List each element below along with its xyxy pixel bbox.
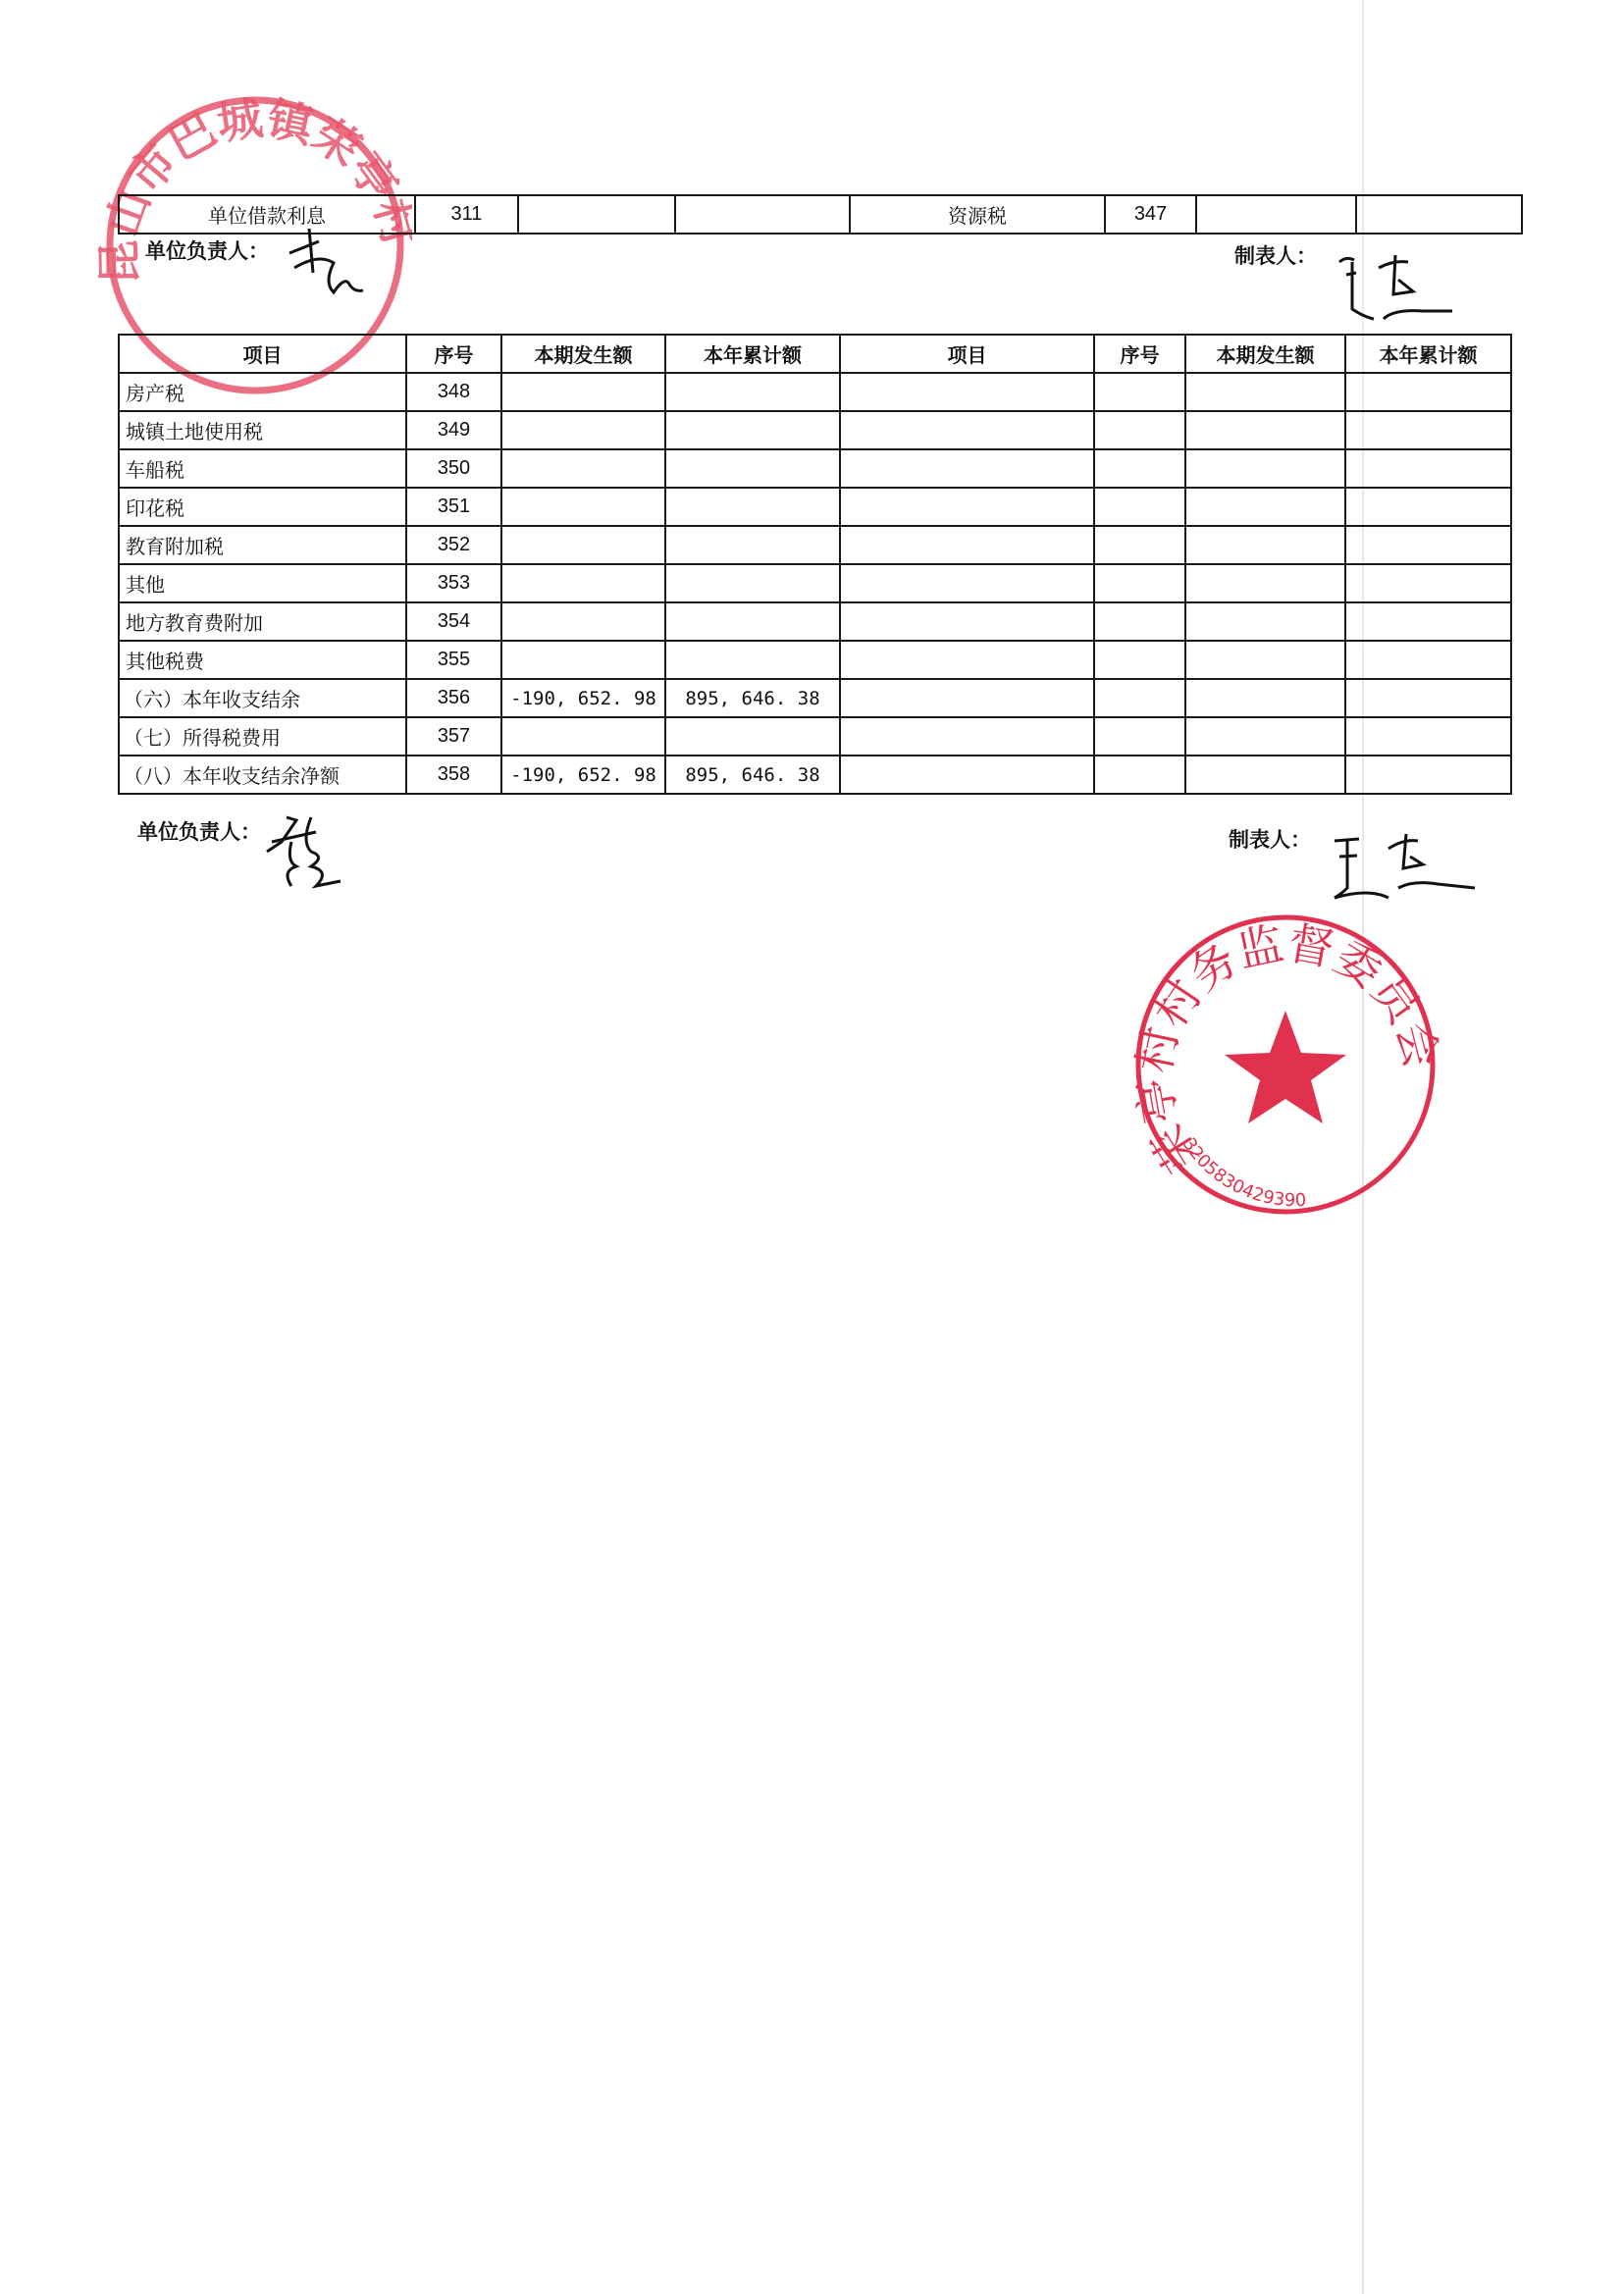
item-cell-right <box>840 564 1094 602</box>
item-cell: 资源税 <box>850 195 1105 234</box>
table-row: 其他税费355 <box>119 641 1511 679</box>
header-current-amount-right: 本期发生额 <box>1185 335 1345 373</box>
current-amount-cell-right <box>1185 717 1345 756</box>
current-amount-cell <box>501 564 665 602</box>
current-amount-cell-right <box>1185 602 1345 641</box>
responsible-signature-top <box>280 224 368 302</box>
header-current-amount: 本期发生额 <box>501 335 665 373</box>
current-amount-cell: -190, 652. 98 <box>501 679 665 717</box>
ytd-amount-cell <box>665 411 840 449</box>
seq-cell-right <box>1094 449 1185 488</box>
responsible-signature-bottom <box>257 812 355 901</box>
item-cell-right <box>840 641 1094 679</box>
svg-text:3205830429390: 3205830429390 <box>1179 1134 1307 1211</box>
responsible-label-top: 单位负责人： <box>145 235 269 265</box>
current-amount-cell-right <box>1185 411 1345 449</box>
item-cell: 车船税 <box>119 449 406 488</box>
seq-cell-right <box>1094 641 1185 679</box>
ytd-amount-cell <box>665 449 840 488</box>
current-amount-cell <box>501 449 665 488</box>
table-row: 城镇土地使用税349 <box>119 411 1511 449</box>
ytd-amount-cell-right <box>1345 526 1511 564</box>
ytd-amount-cell-right <box>1345 602 1511 641</box>
seq-cell: 350 <box>406 449 501 488</box>
tax-detail-table: 项目 序号 本期发生额 本年累计额 项目 序号 本期发生额 本年累计额 房产税3… <box>118 334 1512 795</box>
preparer-signature-top <box>1335 250 1472 329</box>
current-amount-cell-right <box>1185 488 1345 526</box>
ytd-amount-cell-right <box>1345 717 1511 756</box>
current-amount-cell <box>518 195 675 234</box>
ytd-amount-cell <box>675 195 850 234</box>
header-item-right: 项目 <box>840 335 1094 373</box>
current-amount-cell-right <box>1185 564 1345 602</box>
responsible-label-bottom: 单位负责人： <box>137 816 261 846</box>
item-cell-right <box>840 526 1094 564</box>
preparer-label-top: 制表人： <box>1234 240 1317 270</box>
seq-cell: 311 <box>415 195 518 234</box>
seq-cell-right <box>1094 488 1185 526</box>
table-row: 房产税348 <box>119 373 1511 411</box>
ytd-amount-cell-right <box>1345 488 1511 526</box>
item-cell-right <box>840 756 1094 794</box>
header-item: 项目 <box>119 335 406 373</box>
seq-cell-right <box>1094 756 1185 794</box>
ytd-amount-cell <box>665 564 840 602</box>
ytd-amount-cell-right <box>1345 756 1511 794</box>
seq-cell: 349 <box>406 411 501 449</box>
current-amount-cell <box>1196 195 1356 234</box>
seq-cell-right <box>1094 373 1185 411</box>
item-cell: 印花税 <box>119 488 406 526</box>
header-ytd-amount: 本年累计额 <box>665 335 840 373</box>
seq-cell: 355 <box>406 641 501 679</box>
table-row: （六）本年收支结余356-190, 652. 98895, 646. 38 <box>119 679 1511 717</box>
item-cell: 单位借款利息 <box>119 195 415 234</box>
current-amount-cell: -190, 652. 98 <box>501 756 665 794</box>
item-cell-right <box>840 717 1094 756</box>
village-supervision-committee-stamp: 荣亭村村务监督委员会 3205830429390 <box>1128 908 1442 1222</box>
current-amount-cell-right <box>1185 526 1345 564</box>
ytd-amount-cell: 895, 646. 38 <box>665 679 840 717</box>
ytd-amount-cell <box>1356 195 1522 234</box>
seq-cell: 352 <box>406 526 501 564</box>
ytd-amount-cell: 895, 646. 38 <box>665 756 840 794</box>
current-amount-cell <box>501 641 665 679</box>
current-amount-cell <box>501 373 665 411</box>
item-cell: 其他税费 <box>119 641 406 679</box>
preparer-signature-bottom <box>1330 829 1487 908</box>
current-amount-cell <box>501 717 665 756</box>
item-cell-right <box>840 411 1094 449</box>
ytd-amount-cell-right <box>1345 564 1511 602</box>
item-cell: 教育附加税 <box>119 526 406 564</box>
seq-cell: 348 <box>406 373 501 411</box>
seq-cell: 356 <box>406 679 501 717</box>
seq-cell-right <box>1094 679 1185 717</box>
seq-cell: 354 <box>406 602 501 641</box>
ytd-amount-cell <box>665 641 840 679</box>
seq-cell-right <box>1094 717 1185 756</box>
item-cell-right <box>840 679 1094 717</box>
table-row: 车船税350 <box>119 449 1511 488</box>
ytd-amount-cell <box>665 373 840 411</box>
item-cell-right <box>840 449 1094 488</box>
seq-cell-right <box>1094 526 1185 564</box>
star-icon <box>1225 1011 1346 1123</box>
ytd-amount-cell-right <box>1345 641 1511 679</box>
item-cell: 地方教育费附加 <box>119 602 406 641</box>
header-ytd-amount-right: 本年累计额 <box>1345 335 1511 373</box>
preparer-label-bottom: 制表人： <box>1229 824 1311 854</box>
current-amount-cell-right <box>1185 756 1345 794</box>
item-cell: （八）本年收支结余净额 <box>119 756 406 794</box>
current-amount-cell-right <box>1185 373 1345 411</box>
ytd-amount-cell <box>665 717 840 756</box>
ytd-amount-cell-right <box>1345 373 1511 411</box>
item-cell: 城镇土地使用税 <box>119 411 406 449</box>
ytd-amount-cell-right <box>1345 449 1511 488</box>
seq-cell: 353 <box>406 564 501 602</box>
seq-cell: 358 <box>406 756 501 794</box>
ytd-amount-cell <box>665 602 840 641</box>
seq-cell-right <box>1094 564 1185 602</box>
current-amount-cell <box>501 526 665 564</box>
table-row: （七）所得税费用357 <box>119 717 1511 756</box>
seq-cell-right <box>1094 602 1185 641</box>
current-amount-cell-right <box>1185 679 1345 717</box>
header-seq: 序号 <box>406 335 501 373</box>
item-cell-right <box>840 602 1094 641</box>
ytd-amount-cell <box>665 488 840 526</box>
seq-cell: 347 <box>1105 195 1196 234</box>
item-cell: 其他 <box>119 564 406 602</box>
current-amount-cell <box>501 411 665 449</box>
item-cell-right <box>840 488 1094 526</box>
ytd-amount-cell-right <box>1345 679 1511 717</box>
current-amount-cell-right <box>1185 641 1345 679</box>
table-row: （八）本年收支结余净额358-190, 652. 98895, 646. 38 <box>119 756 1511 794</box>
item-cell-right <box>840 373 1094 411</box>
table-row: 其他353 <box>119 564 1511 602</box>
current-amount-cell-right <box>1185 449 1345 488</box>
item-cell: （六）本年收支结余 <box>119 679 406 717</box>
item-cell: （七）所得税费用 <box>119 717 406 756</box>
table-row: 地方教育费附加354 <box>119 602 1511 641</box>
ytd-amount-cell-right <box>1345 411 1511 449</box>
table-header-row: 项目 序号 本期发生额 本年累计额 项目 序号 本期发生额 本年累计额 <box>119 335 1511 373</box>
header-seq-right: 序号 <box>1094 335 1185 373</box>
item-cell: 房产税 <box>119 373 406 411</box>
ytd-amount-cell <box>665 526 840 564</box>
seq-cell-right <box>1094 411 1185 449</box>
current-amount-cell <box>501 602 665 641</box>
current-amount-cell <box>501 488 665 526</box>
seq-cell: 351 <box>406 488 501 526</box>
table-row: 教育附加税352 <box>119 526 1511 564</box>
seq-cell: 357 <box>406 717 501 756</box>
table-row: 印花税351 <box>119 488 1511 526</box>
